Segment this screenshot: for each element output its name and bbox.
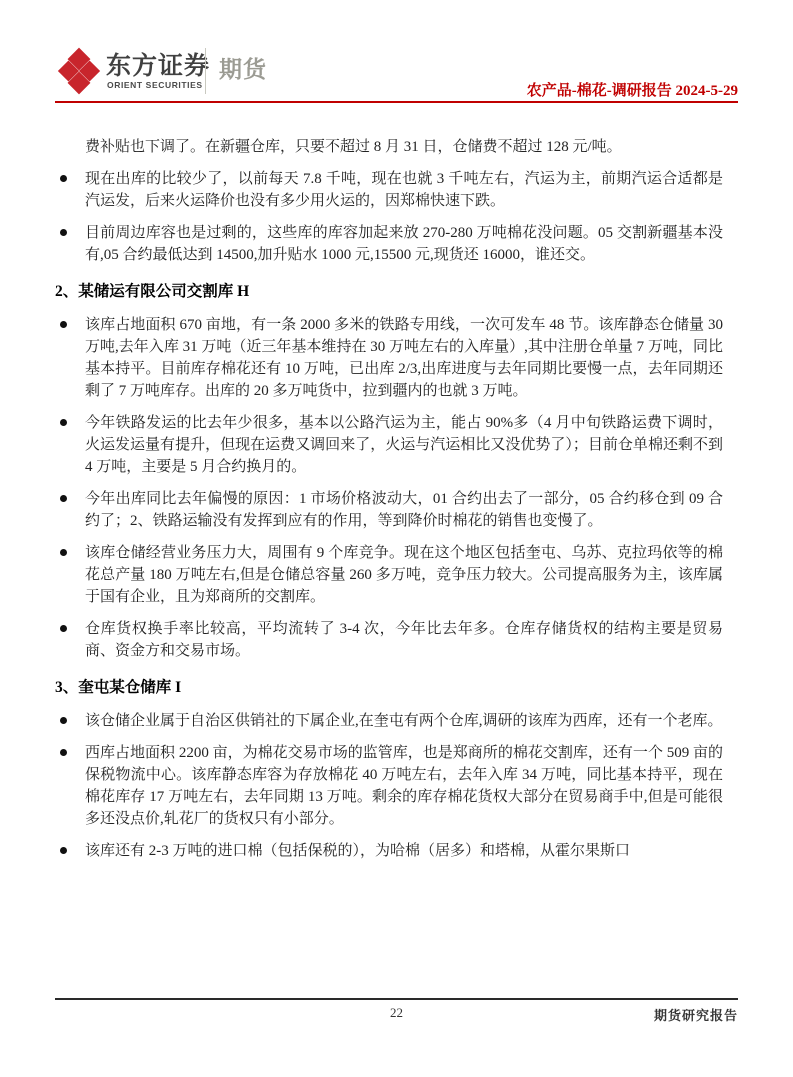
paragraph-text: 费补贴也下调了。在新疆仓库，只要不超过 8 月 31 日，仓储费不超过 128 … — [85, 139, 622, 155]
bullet-marker-icon — [60, 749, 67, 756]
footer-report-type: 期货研究报告 — [654, 1005, 738, 1024]
bullet-marker-icon — [60, 321, 67, 328]
bullet-item: 西库占地面积 2200 亩，为棉花交易市场的监管库，也是郑商所的棉花交割库，还有… — [55, 742, 723, 830]
bullet-marker-icon — [60, 717, 67, 724]
report-page: 东方证券 ORIENT SECURITIES 期货 农产品-棉花-调研报告 20… — [0, 0, 793, 1077]
bullet-item: 仓库货权换手率比较高，平均流转了 3-4 次，今年比去年多。仓库存储货权的结构主… — [55, 618, 723, 662]
section-heading-2: 2、某储运有限公司交割库 H — [55, 281, 723, 303]
paragraph-continuation: 费补贴也下调了。在新疆仓库，只要不超过 8 月 31 日，仓储费不超过 128 … — [55, 136, 723, 158]
bullet-text: 仓库货权换手率比较高，平均流转了 3-4 次，今年比去年多。仓库存储货权的结构主… — [85, 621, 723, 659]
bullet-text: 该库仓储经营业务压力大，周围有 9 个库竞争。现在这个地区包括奎屯、乌苏、克拉玛… — [85, 545, 723, 605]
bullet-marker-icon — [60, 495, 67, 502]
bullet-marker-icon — [60, 549, 67, 556]
bullet-marker-icon — [60, 625, 67, 632]
bullet-text: 西库占地面积 2200 亩，为棉花交易市场的监管库，也是郑商所的棉花交割库，还有… — [85, 745, 723, 827]
brand-division-label: 期货 — [219, 51, 267, 84]
bullet-item: 今年出库同比去年偏慢的原因：1 市场价格波动大，01 合约出去了一部分，05 合… — [55, 488, 723, 532]
report-title-label: 农产品-棉花-调研报告 2024-5-29 — [527, 79, 738, 100]
bullet-marker-icon — [60, 419, 67, 426]
bullet-marker-icon — [60, 175, 67, 182]
bullet-item: 现在出库的比较少了，以前每天 7.8 千吨，现在也就 3 千吨左右，汽运为主，前… — [55, 168, 723, 212]
bullet-text: 该库占地面积 670 亩地，有一条 2000 多米的铁路专用线，一次可发车 48… — [85, 317, 723, 399]
bullet-item: 今年铁路发运的比去年少很多，基本以公路汽运为主，能占 90%多（4 月中旬铁路运… — [55, 412, 723, 478]
brand-name-cn: 东方证券 — [106, 46, 210, 82]
bullet-text: 该仓储企业属于自治区供销社的下属企业,在奎屯有两个仓库,调研的该库为西库，还有一… — [85, 713, 723, 729]
bullet-marker-icon — [60, 229, 67, 236]
orient-securities-logo-icon — [57, 46, 101, 96]
bullet-text: 该库还有 2-3 万吨的进口棉（包括保税的），为哈棉（居多）和塔棉，从霍尔果斯口 — [85, 843, 630, 859]
bullet-item: 该仓储企业属于自治区供销社的下属企业,在奎屯有两个仓库,调研的该库为西库，还有一… — [55, 710, 723, 732]
bullet-marker-icon — [60, 847, 67, 854]
bullet-text: 今年出库同比去年偏慢的原因：1 市场价格波动大，01 合约出去了一部分，05 合… — [85, 491, 723, 529]
report-body: 费补贴也下调了。在新疆仓库，只要不超过 8 月 31 日，仓储费不超过 128 … — [55, 136, 723, 872]
bullet-text: 现在出库的比较少了，以前每天 7.8 千吨，现在也就 3 千吨左右，汽运为主，前… — [85, 171, 723, 209]
bullet-item: 目前周边库容也是过剩的，这些库的库容加起来放 270-280 万吨棉花没问题。0… — [55, 222, 723, 266]
bullet-text: 目前周边库容也是过剩的，这些库的库容加起来放 270-280 万吨棉花没问题。0… — [85, 225, 723, 263]
brand-divider — [205, 48, 206, 94]
header-rule — [55, 101, 738, 103]
bullet-item: 该库还有 2-3 万吨的进口棉（包括保税的），为哈棉（居多）和塔棉，从霍尔果斯口 — [55, 840, 723, 862]
footer-rule — [55, 998, 738, 1000]
brand-name-en: ORIENT SECURITIES — [107, 80, 203, 90]
bullet-text: 今年铁路发运的比去年少很多，基本以公路汽运为主，能占 90%多（4 月中旬铁路运… — [85, 415, 723, 475]
section-heading-3: 3、奎屯某仓储库 I — [55, 677, 723, 699]
bullet-item: 该库占地面积 670 亩地，有一条 2000 多米的铁路专用线，一次可发车 48… — [55, 314, 723, 402]
bullet-item: 该库仓储经营业务压力大，周围有 9 个库竞争。现在这个地区包括奎屯、乌苏、克拉玛… — [55, 542, 723, 608]
